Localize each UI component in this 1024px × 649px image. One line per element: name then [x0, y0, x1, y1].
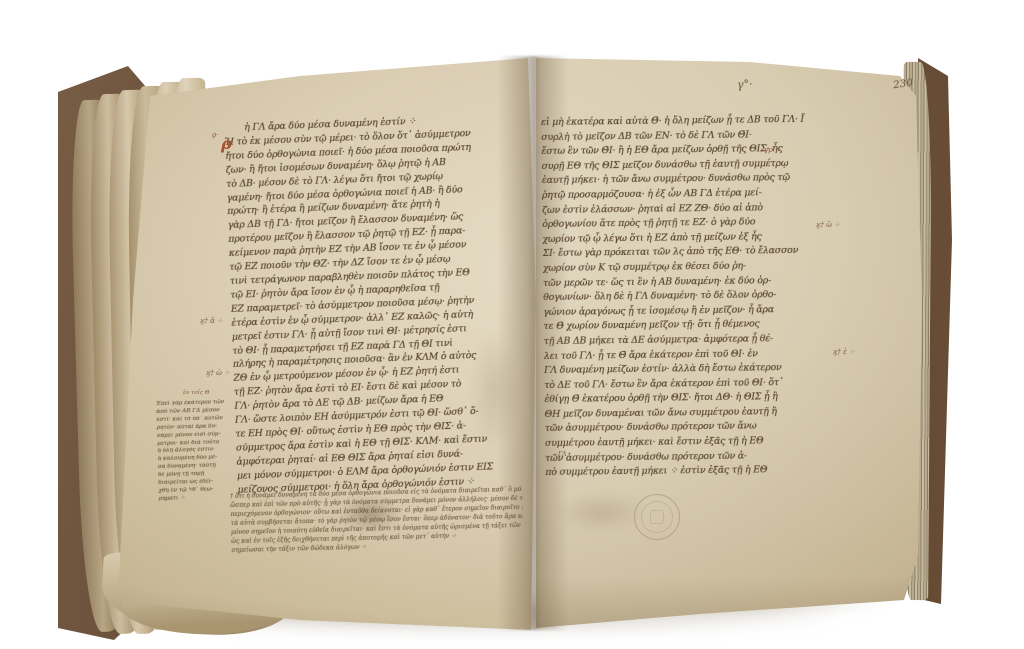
library-stamp: [634, 494, 680, 540]
manuscript-text-line: πὸ συμμέτρου ἑαυτῇ μήκει ⁘ ἐστὶν ἑξᾶς τῇ…: [545, 463, 821, 481]
proposition-number-small-rubric: ϙ·: [212, 131, 218, 139]
proposition-initial-rubric: ρ: [221, 134, 232, 153]
interlinear-gloss: ΓΛ: [558, 451, 567, 458]
ink-stain: [338, 496, 402, 532]
parchment-stain: [556, 492, 646, 532]
left-margin-mark-upper: ϗ† ἅ ⁘: [200, 317, 223, 325]
right-page-main-text: εἰ μὴ ἑκατέρα καὶ αὐτὰ Θ̄· ἡ ὅλη μείζων …: [541, 113, 822, 488]
manuscript-photo: ἡ ΓΛ ἄρα δύο μέσα δυναμένη ἐστίν ⁘Ἡ τὸ ἐ…: [0, 0, 1024, 649]
library-stamp-center: [650, 510, 664, 524]
right-margin-mark-lower: ϗ† ἑ ⁘: [833, 348, 855, 356]
quire-mark: γ°·: [737, 77, 753, 91]
red-gloss: γρ ⁘: [764, 145, 782, 154]
left-page-margin-scholium: Ἐπεὶ γὰρ ἑκάτερον τῶνἀπὸ τῶν ΑΒ ΓΔ μέσον…: [156, 398, 277, 507]
left-margin-mark-lower: ϗ† ὡ ⁘: [206, 369, 230, 377]
right-margin-mark-upper: ϗ† ὢ ⁘: [816, 221, 840, 229]
left-margin-note: ἐν τοῖς Θ: [183, 390, 209, 396]
